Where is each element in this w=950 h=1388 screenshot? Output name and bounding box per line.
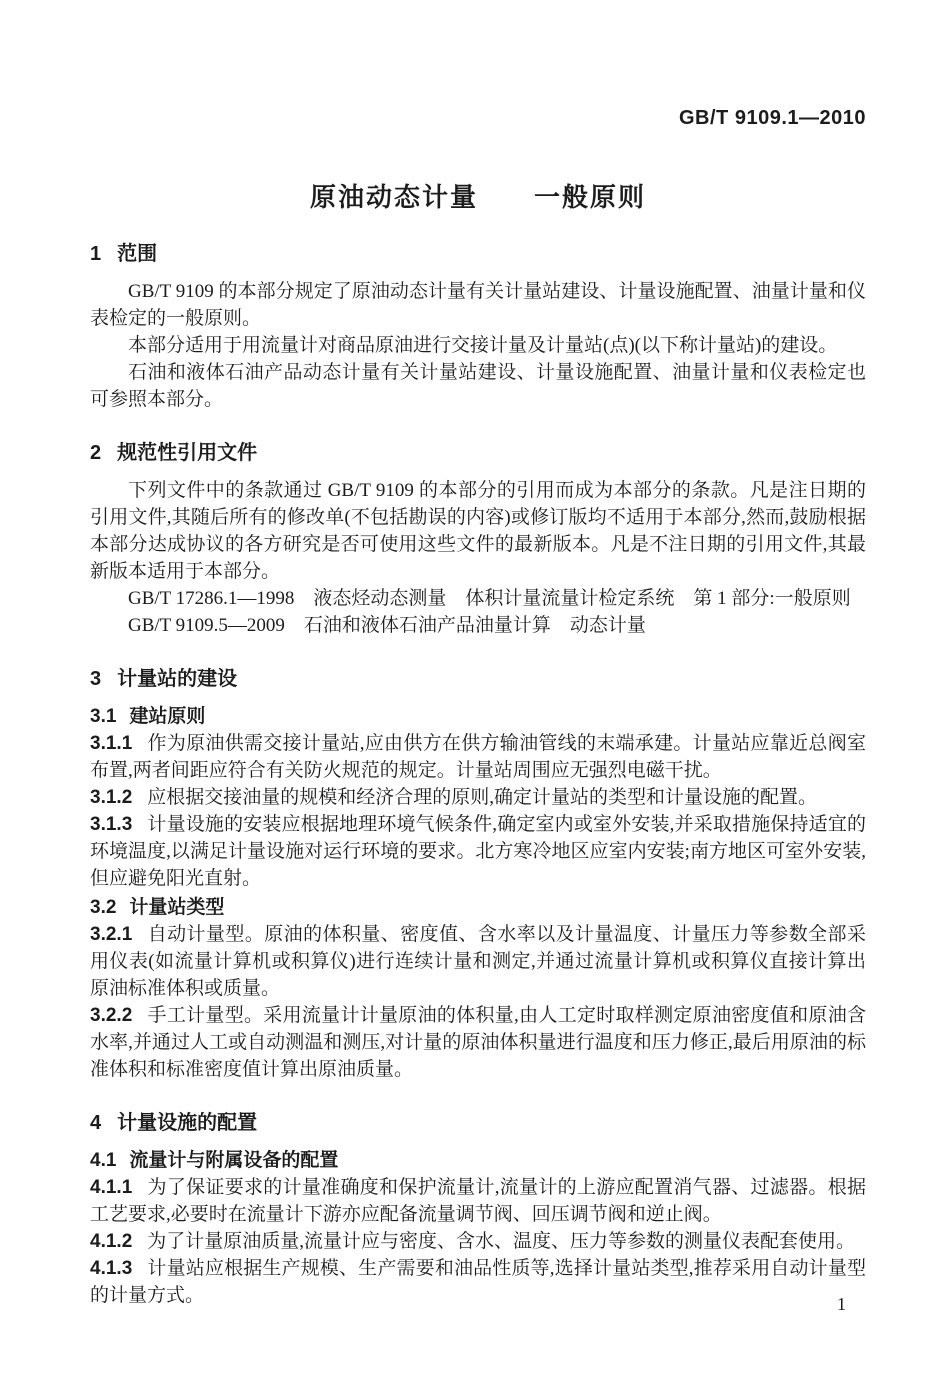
section-title: 计量设施的配置 — [117, 1112, 257, 1134]
clause-text: 自动计量型。原油的体积量、密度值、含水率以及计量温度、计量压力等参数全部采用仪表… — [90, 924, 866, 999]
subsection-number: 3.1 — [90, 706, 116, 727]
clause-3-2-2: 3.2.2手工计量型。采用流量计计量原油的体积量,由人工定时取样测定原油密度值和… — [90, 1002, 866, 1083]
clause-3-1-2: 3.1.2应根据交接油量的规模和经济合理的原则,确定计量站的类型和计量设施的配置… — [90, 784, 866, 811]
reference-item: GB/T 17286.1—1998 液态烃动态测量 体积计量流量计检定系统 第 … — [90, 585, 866, 612]
clause-4-1-1: 4.1.1为了保证要求的计量准确度和保护流量计,流量计的上游应配置消气器、过滤器… — [90, 1174, 866, 1228]
clause-text: 为了计量原油质量,流量计应与密度、含水、温度、压力等参数的测量仪表配套使用。 — [147, 1231, 855, 1252]
section-number: 3 — [90, 668, 101, 690]
subsection-title: 建站原则 — [129, 706, 205, 727]
section-number: 1 — [90, 243, 101, 265]
clause-3-1-1: 3.1.1作为原油供需交接计量站,应由供方在供方输油管线的末端承建。计量站应靠近… — [90, 730, 866, 784]
clause-text: 为了保证要求的计量准确度和保护流量计,流量计的上游应配置消气器、过滤器。根据工艺… — [90, 1177, 866, 1225]
clause-number: 3.2.1 — [90, 924, 132, 945]
subsection-4-1-heading: 4.1流量计与附属设备的配置 — [90, 1147, 866, 1174]
page-header: GB/T 9109.1—2010 — [90, 106, 866, 130]
document-page: GB/T 9109.1—2010 原油动态计量 一般原则 1范围 GB/T 91… — [0, 0, 950, 1388]
subsection-number: 3.2 — [90, 897, 116, 918]
section-facility-configuration: 4计量设施的配置 4.1流量计与附属设备的配置 4.1.1为了保证要求的计量准确… — [90, 1109, 866, 1309]
section-title: 范围 — [117, 243, 157, 265]
subsection-3-2-heading: 3.2计量站类型 — [90, 894, 866, 921]
paragraph: 下列文件中的条款通过 GB/T 9109 的本部分的引用而成为本部分的条款。凡是… — [90, 477, 866, 585]
clause-text: 作为原油供需交接计量站,应由供方在供方输油管线的末端承建。计量站应靠近总阀室布置… — [90, 733, 866, 781]
clause-text: 计量站应根据生产规模、生产需要和油品性质等,选择计量站类型,推荐采用自动计量型的… — [90, 1258, 866, 1306]
section-scope: 1范围 GB/T 9109 的本部分规定了原油动态计量有关计量站建设、计量设施配… — [90, 240, 866, 413]
paragraph: 石油和液体石油产品动态计量有关计量站建设、计量设施配置、油量计量和仪表检定也可参… — [90, 359, 866, 413]
subsection-number: 4.1 — [90, 1150, 116, 1171]
section-2-heading: 2规范性引用文件 — [90, 439, 866, 467]
clause-number: 3.2.2 — [90, 1005, 132, 1026]
section-number: 2 — [90, 442, 101, 464]
subsection-title: 计量站类型 — [129, 897, 224, 918]
standard-code: GB/T 9109.1—2010 — [679, 107, 866, 129]
clause-number: 4.1.2 — [90, 1231, 132, 1252]
section-1-heading: 1范围 — [90, 240, 866, 268]
clause-number: 3.1.2 — [90, 787, 132, 808]
subsection-3-1-heading: 3.1建站原则 — [90, 703, 866, 730]
clause-number: 3.1.3 — [90, 814, 132, 835]
clause-number: 4.1.1 — [90, 1177, 132, 1198]
clause-number: 3.1.1 — [90, 733, 132, 754]
clause-3-2-1: 3.2.1自动计量型。原油的体积量、密度值、含水率以及计量温度、计量压力等参数全… — [90, 921, 866, 1002]
section-4-heading: 4计量设施的配置 — [90, 1109, 866, 1137]
section-station-construction: 3计量站的建设 3.1建站原则 3.1.1作为原油供需交接计量站,应由供方在供方… — [90, 665, 866, 1083]
section-title: 规范性引用文件 — [117, 442, 257, 464]
clause-4-1-2: 4.1.2为了计量原油质量,流量计应与密度、含水、温度、压力等参数的测量仪表配套… — [90, 1228, 866, 1255]
section-number: 4 — [90, 1112, 101, 1134]
section-normative-references: 2规范性引用文件 下列文件中的条款通过 GB/T 9109 的本部分的引用而成为… — [90, 439, 866, 639]
clause-text: 手工计量型。采用流量计计量原油的体积量,由人工定时取样测定原油密度值和原油含水率… — [90, 1005, 866, 1080]
clause-text: 应根据交接油量的规模和经济合理的原则,确定计量站的类型和计量设施的配置。 — [147, 787, 817, 808]
clause-3-1-3: 3.1.3计量设施的安装应根据地理环境气候条件,确定室内或室外安装,并采取措施保… — [90, 811, 866, 892]
section-title: 计量站的建设 — [117, 668, 237, 690]
page-number: 1 — [837, 1294, 846, 1314]
clause-number: 4.1.3 — [90, 1258, 132, 1279]
clause-4-1-3: 4.1.3计量站应根据生产规模、生产需要和油品性质等,选择计量站类型,推荐采用自… — [90, 1255, 866, 1309]
document-title: 原油动态计量 一般原则 — [90, 180, 866, 214]
paragraph: GB/T 9109 的本部分规定了原油动态计量有关计量站建设、计量设施配置、油量… — [90, 278, 866, 332]
reference-item: GB/T 9109.5—2009 石油和液体石油产品油量计算 动态计量 — [90, 612, 866, 639]
paragraph: 本部分适用于用流量计对商品原油进行交接计量及计量站(点)(以下称计量站)的建设。 — [90, 332, 866, 359]
clause-text: 计量设施的安装应根据地理环境气候条件,确定室内或室外安装,并采取措施保持适宜的环… — [90, 814, 866, 889]
subsection-title: 流量计与附属设备的配置 — [129, 1150, 338, 1171]
section-3-heading: 3计量站的建设 — [90, 665, 866, 693]
